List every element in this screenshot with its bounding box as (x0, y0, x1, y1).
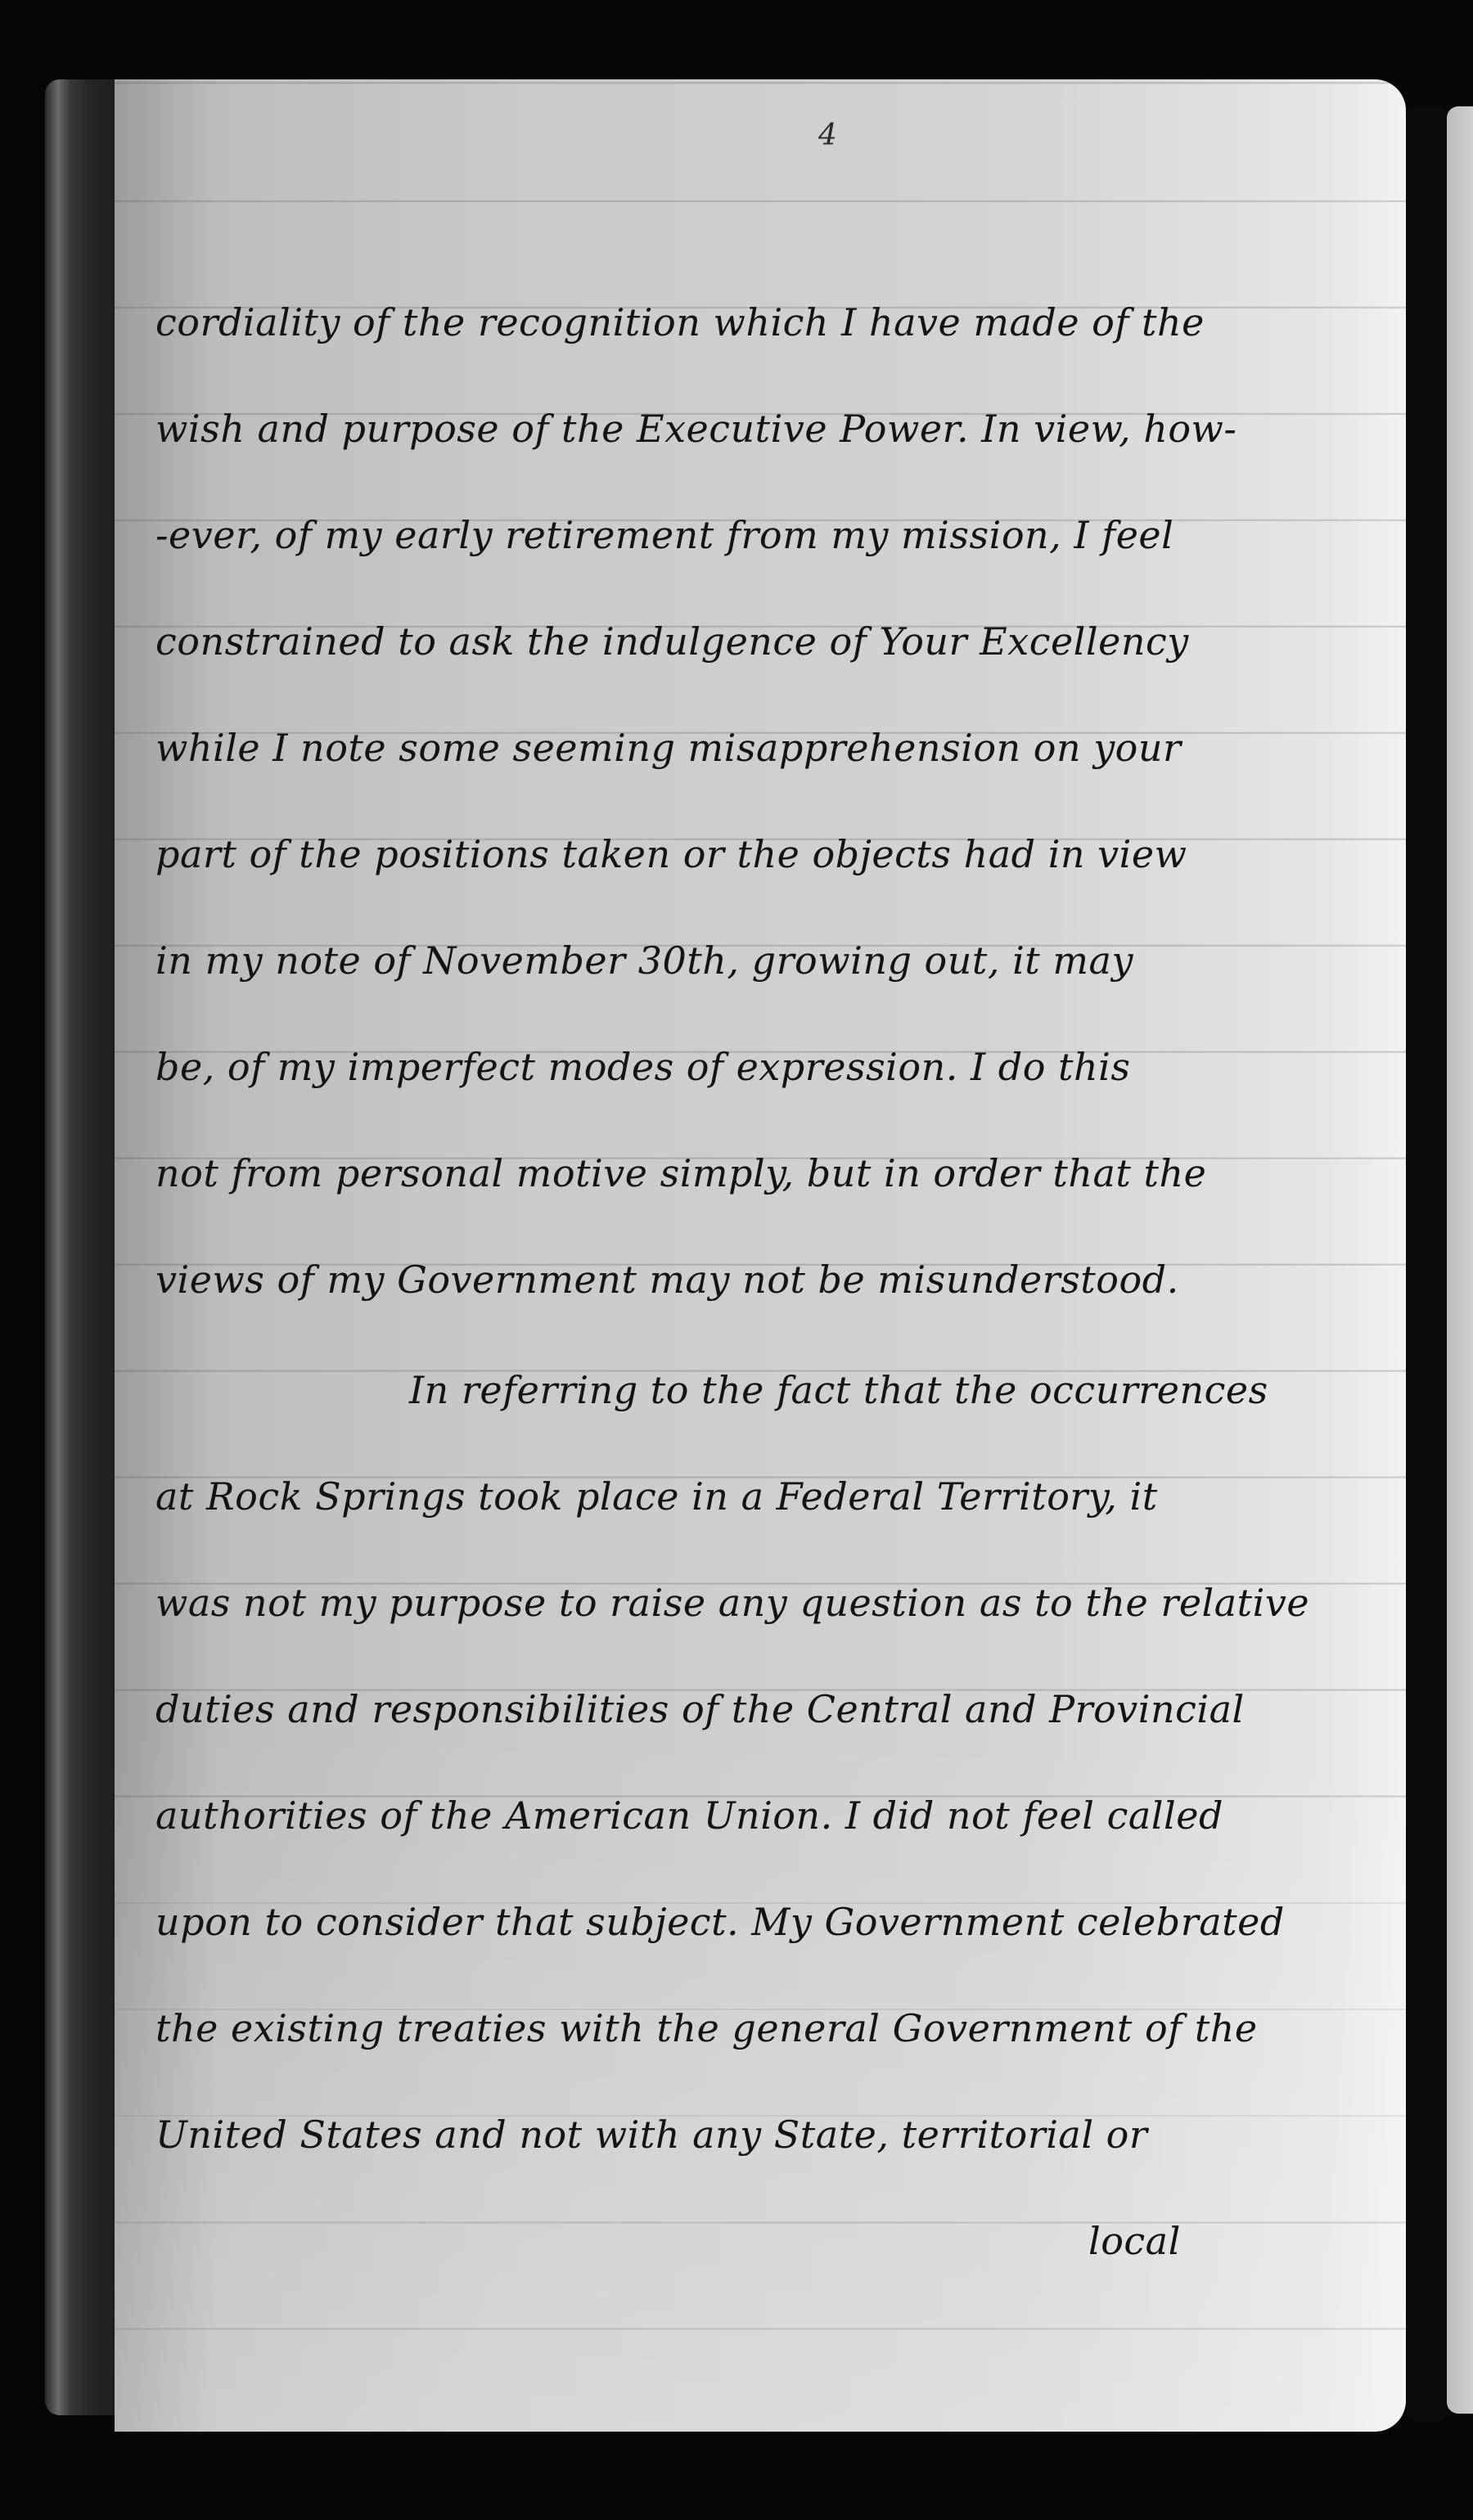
text-line: while I note some seeming misapprehensio… (155, 726, 1182, 770)
text-line: part of the positions taken or the objec… (155, 832, 1187, 876)
text-line: authorities of the American Union. I did… (155, 1793, 1223, 1838)
text-line: in my note of November 30th, growing out… (155, 938, 1133, 983)
text-line: not from personal motive simply, but in … (155, 1151, 1206, 1195)
text-line: -ever, of my early retirement from my mi… (155, 513, 1173, 557)
text-line: duties and responsibilities of the Centr… (155, 1687, 1245, 1731)
book-gutter (1406, 106, 1447, 2422)
text-line: United States and not with any State, te… (155, 2113, 1147, 2157)
text-line: at Rock Springs took place in a Federal … (155, 1474, 1158, 1519)
catchword: local (1088, 2219, 1181, 2263)
text-line: upon to consider that subject. My Govern… (155, 1900, 1285, 1944)
book-binding (45, 79, 117, 2415)
text-line: cordiality of the recognition which I ha… (155, 300, 1205, 344)
adjacent-page-edge (1447, 106, 1473, 2414)
text-line: was not my purpose to raise any question… (155, 1581, 1309, 1625)
manuscript-page: 4 cordiality of the recognition which I … (115, 79, 1406, 2432)
text-line: be, of my imperfect modes of expression.… (155, 1045, 1130, 1089)
text-line: the existing treaties with the general G… (155, 2006, 1258, 2050)
paragraph-start-line: In referring to the fact that the occurr… (409, 1368, 1268, 1412)
text-line: constrained to ask the indulgence of You… (155, 619, 1189, 664)
page-number: 4 (818, 119, 837, 152)
text-line: views of my Government may not be misund… (155, 1258, 1179, 1302)
text-line: wish and purpose of the Executive Power.… (155, 407, 1237, 451)
